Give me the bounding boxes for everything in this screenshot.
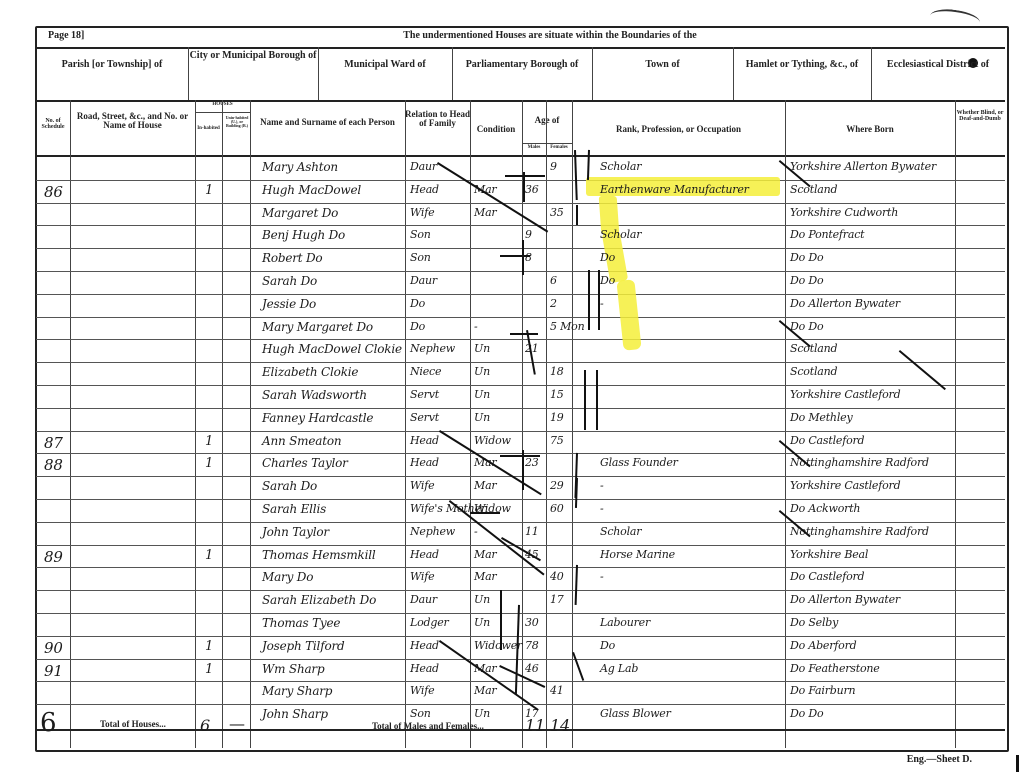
age-male: 9 [525,228,532,241]
relation-to-head: Son [410,228,431,241]
column-divider [405,100,406,748]
row-rule [36,499,1005,500]
birthplace: Do Do [790,320,823,333]
schedule-number: 90 [44,639,63,657]
age-female: 5 Mon [550,320,584,333]
ink-stroke [598,270,600,330]
person-name: Thomas Tyee [262,616,340,630]
boundary-divider [733,47,734,100]
birthplace: Nottinghamshire Radford [790,525,929,538]
relation-to-head: Daur [410,160,437,173]
schedule-number: 86 [44,183,63,201]
relation-to-head: Wife [410,206,434,219]
relation-to-head: Head [410,548,439,561]
row-rule [36,636,1005,637]
row-rule [36,613,1005,614]
sheet-footer: Eng.—Sheet D. [907,754,972,765]
houses-total-label: Total of Houses... [100,720,166,729]
occupation: - [600,502,604,515]
marital-condition: - [474,525,478,538]
marital-condition: Widow [474,434,511,447]
age-male: 30 [525,616,539,629]
age-male: 8 [525,251,532,264]
age-female: 40 [550,570,564,583]
ink-stroke [584,370,586,430]
marital-condition: Mar [474,684,496,697]
relation-to-head: Lodger [410,616,449,629]
column-header-males: Males [522,145,546,150]
age-female: 17 [550,593,564,606]
column-divider [222,100,223,748]
column-header-condition: Condition [470,125,522,134]
occupation: Scholar [600,160,641,173]
person-name: Fanney Hardcastle [262,411,373,425]
boundary-divider [188,47,189,100]
boundary-header: Municipal Ward of [318,60,452,71]
occupation: Earthenware Manufacturer [600,183,749,196]
relation-to-head: Daur [410,274,437,287]
person-name: Sarah Do [262,274,317,288]
row-rule [36,271,1005,272]
ink-stroke [588,270,590,330]
inhabited-mark: 1 [205,183,213,198]
column-header-age: Age of [522,116,572,125]
column-divider [195,100,196,748]
row-rule [36,522,1005,523]
ink-stroke [522,450,524,490]
person-name: Hugh MacDowel [262,183,361,197]
persons-total-label: Total of Males and Females... [372,722,484,731]
birthplace: Do Methley [790,411,852,424]
column-divider [785,100,786,748]
row-rule [36,339,1005,340]
males-total: 11 [525,716,545,735]
birthplace: Scotland [790,365,837,378]
column-header-inhabited: In-habited [195,126,222,131]
occupation: - [600,297,604,310]
birthplace: Do Do [790,707,823,720]
relation-to-head: Wife [410,684,434,697]
birthplace: Do Ackworth [790,502,860,515]
column-header-road: Road, Street, &c., and No. or Name of Ho… [70,112,195,131]
row-rule [36,704,1005,705]
row-rule [36,248,1005,249]
age-male: 11 [525,525,539,538]
row-rule [36,294,1005,295]
schedule-number: 91 [44,662,63,680]
column-divider [70,100,71,748]
person-name: Mary Margaret Do [262,320,373,334]
relation-to-head: Wife [410,570,434,583]
column-header-relation: Relation to Head of Family [405,110,470,129]
houses-uninhabited-total: — [229,714,245,733]
row-rule [36,225,1005,226]
relation-to-head: Nephew [410,342,455,355]
page-title: The undermentioned Houses are situate wi… [300,31,800,42]
page-label: Page 18] [48,31,84,42]
occupation: Glass Blower [600,707,671,720]
relation-to-head: Wife [410,479,434,492]
relation-to-head: Head [410,183,439,196]
relation-to-head: Servt [410,411,439,424]
age-female: 18 [550,365,564,378]
relation-to-head: Servt [410,388,439,401]
occupation: Ag Lab [600,662,638,675]
boundary-header: Town of [592,60,733,71]
birthplace: Nottinghamshire Radford [790,456,929,469]
person-name: Mary Do [262,570,313,584]
inhabited-mark: 1 [205,662,213,677]
birthplace: Yorkshire Cudworth [790,206,898,219]
boundary-header: Hamlet or Tything, &c., of [733,60,871,71]
schedule-number: 88 [44,456,63,474]
birthplace: Do Castleford [790,434,864,447]
ink-stroke [505,175,545,177]
birthplace: Do Castleford [790,570,864,583]
person-name: Ann Smeaton [262,434,341,448]
marital-condition: Un [474,342,490,355]
age-female: 9 [550,160,557,173]
row-rule [36,180,1005,181]
totals-rule [36,729,1005,731]
schedule-number: 89 [44,548,63,566]
age-female: 41 [550,684,564,697]
birthplace: Do Do [790,251,823,264]
birthplace: Yorkshire Beal [790,548,868,561]
relation-to-head: Head [410,662,439,675]
person-name: Joseph Tilford [262,639,344,653]
inhabited-mark: 1 [205,548,213,563]
ink-stroke [576,205,578,225]
marital-condition: Mar [474,548,496,561]
females-total: 14 [550,716,570,735]
column-divider [955,100,956,748]
occupation: Do [600,274,615,287]
person-name: Robert Do [262,251,322,265]
birthplace: Do Allerton Bywater [790,297,900,310]
ink-stroke [500,590,502,650]
person-name: Benj Hugh Do [262,228,345,242]
age-male: 78 [525,639,539,652]
rule-line [36,155,1005,157]
relation-to-head: Son [410,251,431,264]
relation-to-head: Head [410,639,439,652]
marital-condition: Un [474,388,490,401]
marital-condition: - [474,320,478,333]
age-male: 23 [525,456,539,469]
relation-to-head: Daur [410,593,437,606]
column-header-occupation: Rank, Profession, or Occupation [572,125,785,134]
rule-line [36,47,1005,49]
ink-stroke [510,333,538,335]
relation-to-head: Head [410,456,439,469]
inhabited-mark: 1 [205,456,213,471]
row-rule [36,203,1005,204]
row-rule [36,545,1005,546]
schedule-total: 6 [40,708,56,738]
marital-condition: Un [474,707,490,720]
relation-to-head: Do [410,297,425,310]
column-header-females: Females [546,145,572,150]
occupation: Labourer [600,616,650,629]
birthplace: Do Pontefract [790,228,864,241]
rule-line [36,100,1005,102]
age-female: 75 [550,434,564,447]
occupation: Glass Founder [600,456,678,469]
boundary-header: Parliamentary Borough of [452,60,592,71]
person-name: Sarah Do [262,479,317,493]
birthplace: Scotland [790,183,837,196]
age-female: 6 [550,274,557,287]
age-female: 2 [550,297,557,310]
marital-condition: Mar [474,570,496,583]
person-name: Elizabeth Clokie [262,365,358,379]
boundary-header: Ecclesiastical District of [871,60,1005,71]
row-rule [36,385,1005,386]
row-rule [36,453,1005,454]
person-name: Hugh MacDowel Clokie [262,342,402,356]
birthplace: Do Allerton Bywater [790,593,900,606]
birthplace: Yorkshire Allerton Bywater [790,160,936,173]
ink-stroke [500,255,530,257]
occupation: - [600,570,604,583]
age-female: 19 [550,411,564,424]
occupation: Do [600,251,615,264]
marital-condition: Un [474,411,490,424]
row-rule [36,362,1005,363]
inhabited-mark: 1 [205,434,213,449]
marital-condition: Un [474,593,490,606]
column-divider [572,100,573,748]
marital-condition: Widower [474,639,522,652]
person-name: Margaret Do [262,206,338,220]
row-rule [36,408,1005,409]
person-name: Sarah Elizabeth Do [262,593,376,607]
person-name: Wm Sharp [262,662,324,676]
marital-condition: Un [474,365,490,378]
boundary-divider [592,47,593,100]
person-name: Thomas Hemsmkill [262,548,376,562]
birthplace: Do Fairburn [790,684,855,697]
boundary-divider [318,47,319,100]
birthplace: Yorkshire Castleford [790,479,900,492]
boundary-divider [452,47,453,100]
column-header-uninhabited: Unin-habited (U.), or Building (B.) [224,116,250,129]
occupation: Do [600,639,615,652]
relation-to-head: Do [410,320,425,333]
houses-subrule [195,112,250,113]
birthplace: Do Featherstone [790,662,880,675]
boundary-header: City or Municipal Borough of [188,51,318,62]
age-male: 36 [525,183,539,196]
relation-to-head: Niece [410,365,441,378]
ink-stroke [522,240,524,275]
age-female: 60 [550,502,564,515]
ink-stroke [596,370,598,430]
marital-condition: Mar [474,206,496,219]
age-female: 35 [550,206,564,219]
birthplace: Do Aberford [790,639,857,652]
marital-condition: Mar [474,479,496,492]
marital-condition: Un [474,616,490,629]
person-name: Mary Ashton [262,160,338,174]
houses-inhabited-total: 6 [200,716,210,735]
occupation: Scholar [600,228,641,241]
column-header-blind: Whether Blind, or Deaf-and-Dumb [955,110,1005,123]
ink-stroke [523,172,525,202]
ink-stroke [470,512,500,514]
row-rule [36,659,1005,660]
birthplace: Do Do [790,274,823,287]
person-name: Jessie Do [262,297,316,311]
inhabited-mark: 1 [205,639,213,654]
birthplace: Yorkshire Castleford [790,388,900,401]
boundary-header: Parish [or Township] of [36,60,188,71]
row-rule [36,590,1005,591]
column-divider [546,100,547,748]
birthplace: Do Selby [790,616,838,629]
row-rule [36,681,1005,682]
row-rule [36,567,1005,568]
person-name: Mary Sharp [262,684,332,698]
person-name: John Taylor [262,525,329,539]
occupation: Scholar [600,525,641,538]
birthplace: Scotland [790,342,837,355]
relation-to-head: Nephew [410,525,455,538]
age-male: 46 [525,662,539,675]
age-female: 29 [550,479,564,492]
relation-to-head: Head [410,434,439,447]
boundary-divider [871,47,872,100]
column-header-name: Name and Surname of each Person [250,118,405,127]
occupation: Horse Marine [600,548,675,561]
row-rule [36,317,1005,318]
age-subrule [522,143,572,144]
occupation: - [600,479,604,492]
schedule-number: 87 [44,434,63,452]
person-name: Sarah Ellis [262,502,326,516]
column-header-schedule: No. of Schedule [36,118,70,131]
relation-to-head: Son [410,707,431,720]
person-name: John Sharp [262,707,328,721]
edge-mark [1016,755,1019,772]
row-rule [36,431,1005,432]
ink-stroke [500,455,540,457]
column-divider [470,100,471,748]
age-female: 15 [550,388,564,401]
person-name: Charles Taylor [262,456,348,470]
row-rule [36,476,1005,477]
column-header-where_born: Where Born [785,125,955,134]
person-name: Sarah Wadsworth [262,388,367,402]
column-divider [250,100,251,748]
